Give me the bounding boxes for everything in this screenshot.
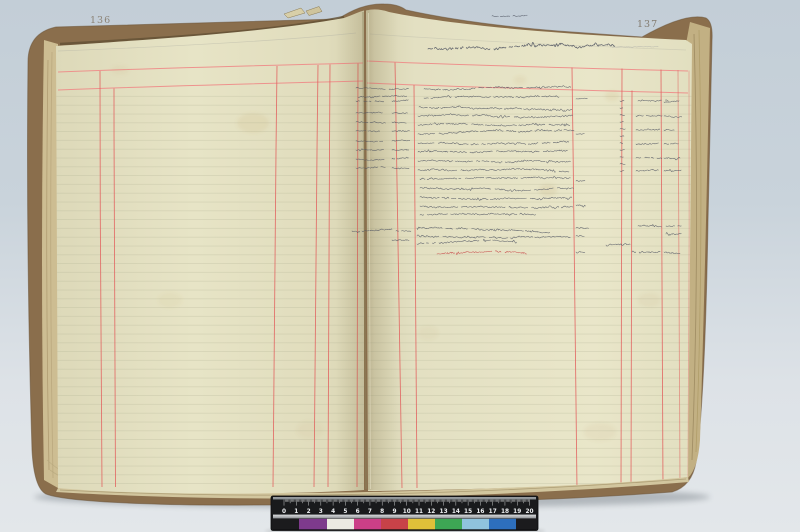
ruler-number: 12	[427, 509, 435, 515]
ruler-color-patch	[381, 519, 408, 530]
left-page-number: 136	[90, 15, 111, 26]
ruler-color-patch	[516, 519, 537, 530]
ruler-number: 10	[403, 509, 411, 515]
ruler-color-patch	[327, 519, 354, 530]
ruler-number: 8	[380, 509, 384, 515]
scale-ruler: 01234567891011121314151617181920	[265, 496, 545, 532]
ruler-color-patches	[273, 519, 537, 530]
ruler-numbers: 01234567891011121314151617181920	[282, 509, 534, 515]
ruler-number: 11	[415, 509, 423, 515]
ruler-color-patch	[462, 519, 489, 530]
ruler-number: 14	[452, 509, 460, 515]
ruler-number: 16	[476, 509, 484, 515]
ruler-number: 7	[368, 509, 372, 515]
ruler-number: 20	[525, 509, 533, 515]
ruler-color-patch	[489, 519, 516, 530]
ledger-photo-canvas: 136 137 01234567891011121314151617181920	[0, 0, 800, 532]
ruler-number: 6	[356, 509, 360, 515]
right-page-number: 137	[637, 19, 658, 30]
ruler-number: 9	[392, 509, 396, 515]
ruler-number: 17	[489, 509, 497, 515]
ruler-color-patch	[354, 519, 381, 530]
ruler-number: 5	[343, 509, 347, 515]
ruler-number: 0	[282, 509, 286, 515]
ruler-number: 19	[513, 509, 521, 515]
ruler-number: 18	[501, 509, 509, 515]
ruler-color-patch	[299, 519, 327, 530]
ruler-number: 2	[307, 509, 311, 515]
ruler-color-patch	[435, 519, 462, 530]
ruler-number: 15	[464, 509, 472, 515]
ruler-color-patch	[408, 519, 435, 530]
ruler-number: 13	[440, 509, 448, 515]
ruler-color-patch	[273, 519, 300, 530]
ruler-number: 4	[331, 509, 335, 515]
archival-photograph: 136 137 01234567891011121314151617181920	[0, 0, 800, 532]
ruler-ticks	[284, 500, 530, 506]
ruler-number: 1	[294, 509, 298, 515]
ruler-top-bevel	[273, 497, 536, 499]
ruler-bottom-edge	[273, 529, 536, 530]
ruler-number: 3	[319, 509, 323, 515]
ruler-silver-band	[273, 515, 536, 519]
